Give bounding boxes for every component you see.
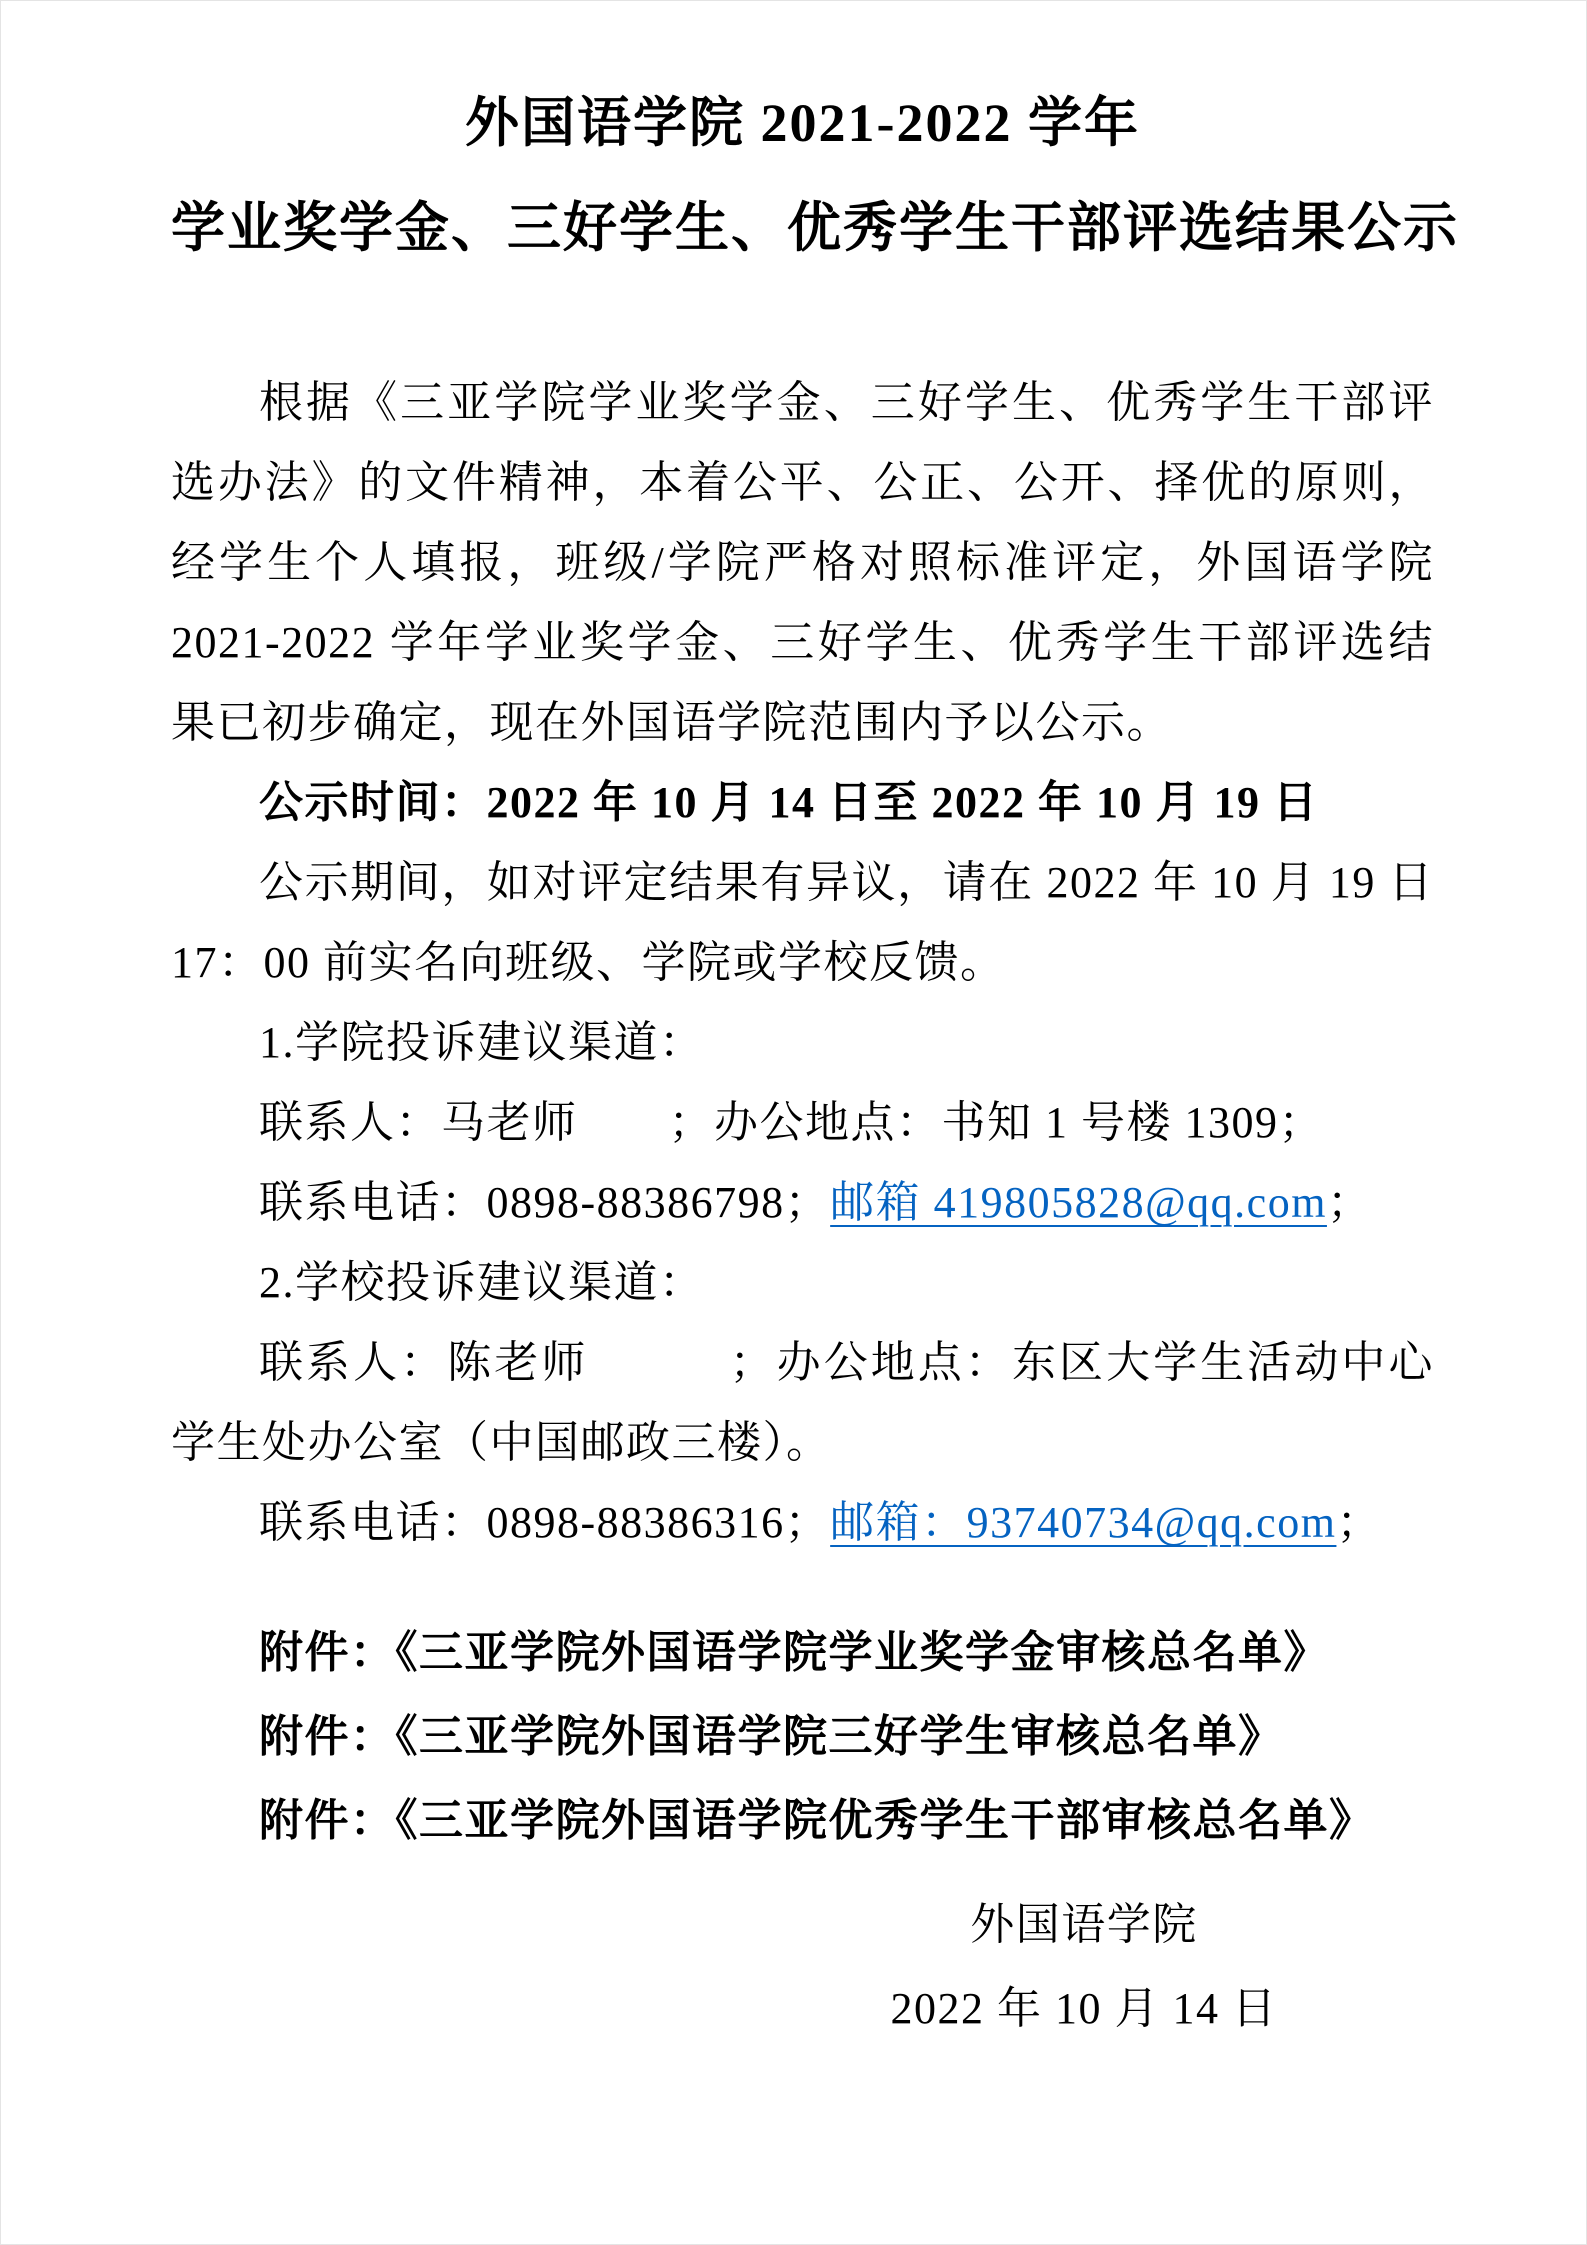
college-email-link[interactable]: 邮箱 419805828@qq.com (830, 1178, 1327, 1227)
attachments-list: 附件：《三亚学院外国语学院学业奖学金审核总名单》 附件：《三亚学院外国语学院三好… (171, 1611, 1434, 1863)
college-phone-text: 联系电话：0898-88386798； (259, 1178, 830, 1227)
college-channel-phone-line: 联系电话：0898-88386798；邮箱 419805828@qq.com； (171, 1163, 1434, 1243)
paragraph-objection: 公示期间，如对评定结果有异议，请在 2022 年 10 月 19 日 17：00… (171, 843, 1434, 1003)
notice-period-line: 公示时间：2022 年 10 月 14 日至 2022 年 10 月 19 日 (171, 763, 1434, 843)
college-channel-heading: 1.学院投诉建议渠道： (171, 1003, 1434, 1083)
school-channel-phone-line: 联系电话：0898-88386316；邮箱：93740734@qq.com； (171, 1483, 1434, 1563)
document-body: 根据《三亚学院学业奖学金、三好学生、优秀学生干部评选办法》的文件精神，本着公平、… (171, 363, 1434, 2051)
paragraph-intro: 根据《三亚学院学业奖学金、三好学生、优秀学生干部评选办法》的文件精神，本着公平、… (171, 363, 1434, 763)
document-page: 外国语学院 2021-2022 学年 学业奖学金、三好学生、优秀学生干部评选结果… (0, 0, 1587, 2245)
college-phone-suffix: ； (1327, 1178, 1373, 1227)
school-channel-contact: 联系人：陈老师 ；办公地点：东区大学生活动中心学生处办公室（中国邮政三楼）。 (171, 1323, 1434, 1483)
school-phone-text: 联系电话：0898-88386316； (259, 1498, 830, 1547)
attachment-item-merit-student: 附件：《三亚学院外国语学院三好学生审核总名单》 (171, 1695, 1434, 1779)
signature-block: 外国语学院 2022 年 10 月 14 日 (774, 1883, 1394, 2051)
signature-college: 外国语学院 (774, 1883, 1394, 1967)
college-channel-contact: 联系人：马老师 ；办公地点：书知 1 号楼 1309； (171, 1083, 1434, 1163)
school-email-link[interactable]: 邮箱：93740734@qq.com (830, 1498, 1336, 1547)
document-title-line-2: 学业奖学金、三好学生、优秀学生干部评选结果公示 (171, 176, 1434, 281)
school-phone-suffix: ； (1336, 1498, 1382, 1547)
signature-date: 2022 年 10 月 14 日 (774, 1967, 1394, 2051)
attachment-item-scholarship: 附件：《三亚学院外国语学院学业奖学金审核总名单》 (171, 1611, 1434, 1695)
document-title-line-1: 外国语学院 2021-2022 学年 (171, 71, 1434, 176)
document-title: 外国语学院 2021-2022 学年 学业奖学金、三好学生、优秀学生干部评选结果… (171, 71, 1434, 281)
attachment-item-student-cadre: 附件：《三亚学院外国语学院优秀学生干部审核总名单》 (171, 1779, 1434, 1863)
school-channel-heading: 2.学校投诉建议渠道： (171, 1243, 1434, 1323)
